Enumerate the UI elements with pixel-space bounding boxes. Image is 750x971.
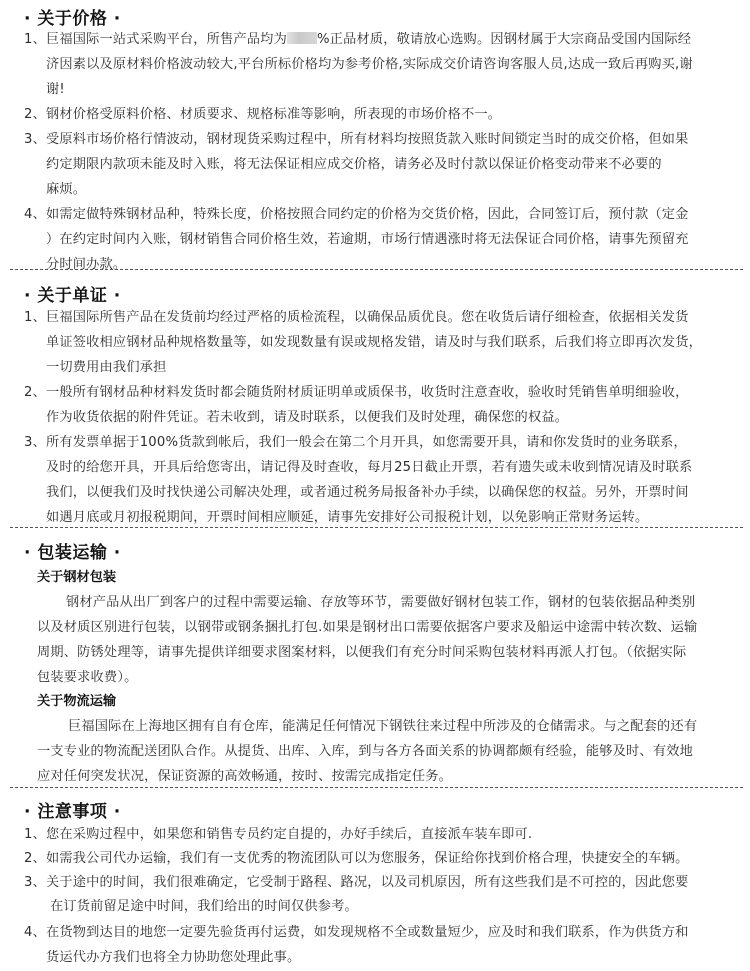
logistics-line-1: 巨福国际在上海地区拥有自有仓库，能满足任何情况下钢铁往来过程中所涉及的仓储需求。… bbox=[68, 715, 697, 734]
documents-line-1: 1、巨福国际所售产品在发货前均经过严格的质检流程，以确保品质优良。您在收货后请仔… bbox=[24, 306, 689, 325]
section-divider bbox=[10, 269, 743, 270]
section-title-pricing: · 关于价格 · bbox=[24, 4, 121, 29]
documents-line-8: 我们，以便我们及时找快递公司解决处理，或者通过税务局报备补办手续，以确保您的权益… bbox=[46, 481, 689, 500]
documents-line-9: 如遇月底或月初报税期间，开票时间相应顺延，请事先安排好公司报税计划，以免影响正常… bbox=[46, 506, 648, 525]
documents-line-2: 单证签收相应钢材品种规格数量等，如发现数量有误或规格发错，请及时与我们联系，后我… bbox=[46, 331, 702, 350]
documents-line-6: 3、所有发票单据于100%货款到帐后，我们一般会在第二个月开具，如您需要开具，请… bbox=[24, 431, 687, 450]
subtitle-steel-packaging: 关于钢材包装 bbox=[37, 566, 116, 585]
documents-line-4: 2、一般所有钢材品种材料发货时都会随货附材质证明单或质保书，收货时注意查收，验收… bbox=[24, 381, 689, 400]
notes-line-5: 4、在货物到达目的地您一定要先验货再付运费，如发现规格不全或数量短少，应及时和我… bbox=[24, 921, 689, 940]
notes-line-3: 3、关于途中的时间，我们很难确定，它受制于路程、路况，以及司机原因，所有这些我们… bbox=[24, 871, 689, 890]
logistics-line-3: 应对任何突发状况，保证资源的高效畅通，按时、按需完成指定任务。 bbox=[37, 765, 452, 784]
notes-line-1: 1、您在采购过程中，如果您和销售专员约定自提的，办好手续后，直接派车装车即可. bbox=[24, 823, 532, 842]
packaging-line-4: 包装要求收费）。 bbox=[37, 666, 138, 685]
section-title-documents: · 关于单证 · bbox=[24, 281, 121, 306]
pricing-line-2: 济因素以及原材料价格波动较大,平台所标价格均为参考价格,实际成交价请咨询客服人员… bbox=[46, 53, 693, 72]
pricing-line-9: ）在约定时间内入账，钢材销售合同价格生效，若逾期，市场行情遇涨时将无法保证合同价… bbox=[46, 228, 689, 247]
section-title-notes: · 注意事项 · bbox=[24, 797, 121, 822]
subtitle-logistics: 关于物流运输 bbox=[37, 690, 116, 709]
notes-line-6: 货运代办方我们也将全力协助您处理此事。 bbox=[46, 946, 300, 965]
documents-line-5: 作为收货依据的附件凭证。若未收到，请及时联系，以便我们及时处理，确保您的权益。 bbox=[46, 406, 568, 425]
pricing-line-3: 谢! bbox=[46, 78, 65, 97]
documents-line-7: 及时的给您开具，开具后给您寄出，请记得及时查收，每月25日截止开票，若有遗失或未… bbox=[46, 456, 692, 475]
section-divider bbox=[10, 527, 743, 528]
section-divider bbox=[10, 787, 743, 788]
pricing-line-7: 麻烦。 bbox=[46, 178, 86, 197]
pricing-line-1: 1、巨福国际一站式采购平台，所售产品均为%正品材质，敬请放心选购。因钢材属于大宗… bbox=[24, 28, 691, 47]
pricing-line-5: 3、受原料市场价格行情波动，钢材现货采购过程中，所有材料均按照货款入账时间锁定当… bbox=[24, 128, 689, 147]
notes-line-4: 在订货前留足途中时间，我们给出的时间仅供参考。 bbox=[50, 895, 358, 914]
documents-line-3: 一切费用由我们承担 bbox=[46, 356, 167, 375]
logistics-line-2: 一支专业的物流配送团队合作。从提货、出库、入库，到与各方各面关系的协调都颇有经验… bbox=[37, 740, 693, 759]
packaging-line-1: 钢材产品从出厂到客户的过程中需要运输、存放等环节，需要做好钢材包装工作，钢材的包… bbox=[66, 591, 695, 610]
notes-line-2: 2、如需我公司代办运输，我们有一支优秀的物流团队可以为您服务，保证给你找到价格合… bbox=[24, 847, 689, 866]
pricing-line-4: 2、钢材价格受原料价格、材质要求、规格标准等影响，所表现的市场价格不一。 bbox=[24, 103, 501, 122]
packaging-line-2: 以及材质区别进行包装，以钢带或钢条捆扎打包.如果是钢材出口需要依据客户要求及船运… bbox=[37, 616, 697, 635]
packaging-line-3: 周期、防锈处理等，请事先提供详细要求图案材料，以便我们有充分时间采购包装材料再派… bbox=[37, 641, 686, 660]
pricing-line-6: 约定期限内款项未能及时入账，将无法保证相应成交价格，请务必及时付款以保证价格变动… bbox=[46, 153, 662, 172]
section-title-packaging: · 包装运输 · bbox=[24, 538, 121, 563]
pricing-line-8: 4、如需定做特殊钢材品种，特殊长度，价格按照合同约定的价格为交货价格，因此，合同… bbox=[24, 203, 689, 222]
redacted-value bbox=[287, 32, 317, 44]
